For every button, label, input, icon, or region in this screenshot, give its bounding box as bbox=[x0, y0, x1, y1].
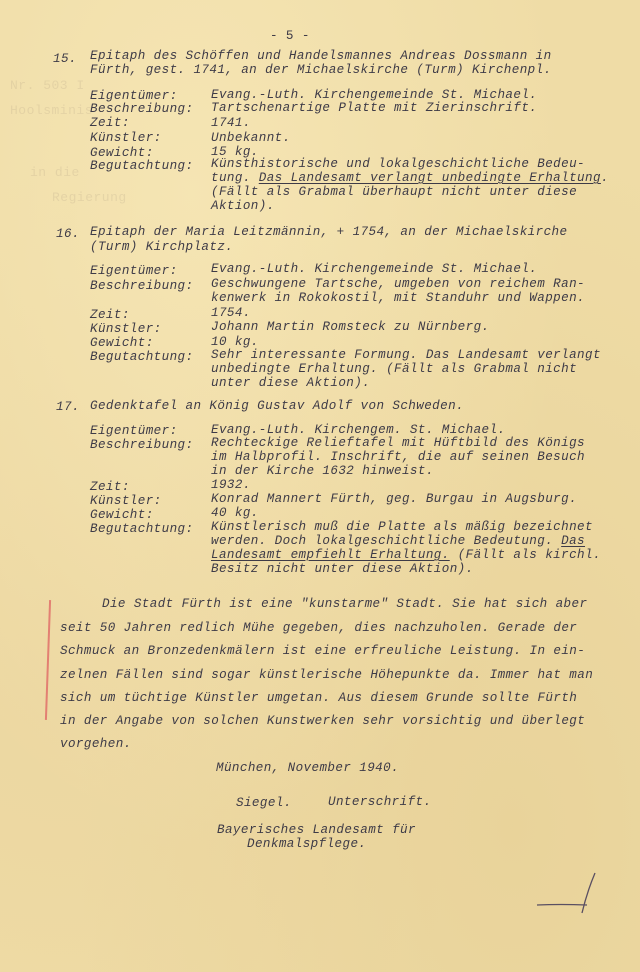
label-zeit: Zeit: bbox=[90, 309, 130, 322]
bleed-through-text: Regierung bbox=[52, 190, 127, 205]
paragraph-line: in der Angabe von solchen Kunstwerken se… bbox=[60, 715, 585, 728]
red-margin-mark bbox=[45, 600, 51, 720]
entry-title-line: Epitaph der Maria Leitzmännin, + 1754, a… bbox=[90, 226, 567, 239]
value-zeit: 1932. bbox=[211, 479, 251, 492]
label-gewicht: Gewicht: bbox=[90, 509, 154, 522]
value-begutachtung: unter diese Aktion). bbox=[211, 377, 370, 390]
label-begutachtung: Begutachtung: bbox=[90, 351, 193, 364]
seal-label: Siegel. bbox=[236, 797, 292, 810]
authority-line: Denkmalspflege. bbox=[247, 838, 366, 851]
entry-title-line: Gedenktafel an König Gustav Adolf von Sc… bbox=[90, 400, 464, 413]
place-date: München, November 1940. bbox=[216, 762, 399, 775]
underlined-demand: Das Landesamt verlangt unbedingte Erhalt… bbox=[259, 171, 601, 185]
entry-number: 16. bbox=[56, 228, 80, 241]
value-begutachtung: Künstlerisch muß die Platte als mäßig be… bbox=[211, 521, 593, 534]
value-begutachtung: tung. Das Landesamt verlangt unbedingte … bbox=[211, 172, 609, 185]
value-beschreibung: in der Kirche 1632 hinweist. bbox=[211, 465, 434, 478]
label-kuenstler: Künstler: bbox=[90, 495, 162, 508]
value-begutachtung: Künsthistorische und lokalgeschichtliche… bbox=[211, 158, 585, 171]
label-kuenstler: Künstler: bbox=[90, 132, 162, 145]
value-zeit: 1741. bbox=[211, 117, 251, 130]
paragraph-line: Die Stadt Fürth ist eine "kunstarme" Sta… bbox=[102, 598, 587, 611]
handwritten-check-mark bbox=[535, 870, 605, 915]
value-begutachtung: Besitz nicht unter diese Aktion). bbox=[211, 563, 474, 576]
value-zeit: 1754. bbox=[211, 307, 251, 320]
value-gewicht: 40 kg. bbox=[211, 507, 259, 520]
value-begutachtung: Sehr interessante Formung. Das Landesamt… bbox=[211, 349, 601, 362]
value-kuenstler: Unbekannt. bbox=[211, 132, 291, 145]
page-number: - 5 - bbox=[270, 30, 310, 43]
text-span: werden. Doch lokalgeschichtliche Bedeutu… bbox=[211, 534, 561, 548]
entry-number: 15. bbox=[53, 53, 77, 66]
value-beschreibung: im Halbprofil. Inschrift, die auf seinen… bbox=[211, 451, 585, 464]
authority-line: Bayerisches Landesamt für bbox=[217, 824, 416, 837]
label-zeit: Zeit: bbox=[90, 117, 130, 130]
entry-number: 17. bbox=[56, 401, 80, 414]
value-kuenstler: Konrad Mannert Fürth, geg. Burgau in Aug… bbox=[211, 493, 577, 506]
value-begutachtung: (Fällt als Grabmal überhaupt nicht unter… bbox=[211, 186, 577, 199]
signature-label: Unterschrift. bbox=[328, 796, 431, 809]
paragraph-line: zelnen Fällen sind sogar künstlerische H… bbox=[60, 669, 593, 682]
label-beschreibung: Beschreibung: bbox=[90, 439, 193, 452]
value-beschreibung: Tartschenartige Platte mit Zierinschrift… bbox=[211, 102, 537, 115]
text-span: (Fällt als kirchl. bbox=[450, 548, 601, 562]
value-beschreibung: Rechteckige Relieftafel mit Hüftbild des… bbox=[211, 437, 585, 450]
value-kuenstler: Johann Martin Romsteck zu Nürnberg. bbox=[211, 321, 490, 334]
entry-title-line: (Turm) Kirchplatz. bbox=[90, 241, 233, 254]
label-eigentuemer: Eigentümer: bbox=[90, 265, 178, 278]
value-beschreibung: Geschwungene Tartsche, umgeben von reich… bbox=[211, 278, 585, 291]
value-eigentuemer: Evang.-Luth. Kirchengemeinde St. Michael… bbox=[211, 263, 537, 276]
text-span: . bbox=[601, 171, 609, 185]
document-page: Nr. 503 I Hoolsminis in die Regierung - … bbox=[0, 0, 640, 972]
entry-title-line: Epitaph des Schöffen und Handelsmannes A… bbox=[90, 50, 552, 63]
value-beschreibung: kenwerk in Rokokostil, mit Standuhr und … bbox=[211, 292, 585, 305]
label-begutachtung: Begutachtung: bbox=[90, 523, 193, 536]
label-eigentuemer: Eigentümer: bbox=[90, 425, 178, 438]
entry-title-line: Fürth, gest. 1741, an der Michaelskirche… bbox=[90, 64, 552, 77]
value-begutachtung: werden. Doch lokalgeschichtliche Bedeutu… bbox=[211, 535, 585, 548]
bleed-through-text: Hoolsminis bbox=[10, 103, 93, 118]
value-begutachtung: Landesamt empfiehlt Erhaltung. (Fällt al… bbox=[211, 549, 601, 562]
label-gewicht: Gewicht: bbox=[90, 337, 154, 350]
paragraph-line: sich um tüchtige Künstler umgetan. Aus d… bbox=[60, 692, 577, 705]
label-beschreibung: Beschreibung: bbox=[90, 103, 193, 116]
value-begutachtung: Aktion). bbox=[211, 200, 275, 213]
paragraph-line: vorgehen. bbox=[60, 738, 132, 751]
text-span: tung. bbox=[211, 171, 259, 185]
underlined-recommendation: Landesamt empfiehlt Erhaltung. bbox=[211, 548, 450, 562]
paragraph-line: Schmuck an Bronzedenkmälern ist eine erf… bbox=[60, 645, 585, 658]
label-beschreibung: Beschreibung: bbox=[90, 280, 193, 293]
paragraph-line: seit 50 Jahren redlich Mühe gegeben, die… bbox=[60, 622, 577, 635]
bleed-through-text: Nr. 503 I bbox=[10, 78, 85, 93]
label-kuenstler: Künstler: bbox=[90, 323, 162, 336]
value-begutachtung: unbedingte Erhaltung. (Fällt als Grabmal… bbox=[211, 363, 577, 376]
label-begutachtung: Begutachtung: bbox=[90, 160, 193, 173]
label-zeit: Zeit: bbox=[90, 481, 130, 494]
underlined-recommendation: Das bbox=[561, 534, 585, 548]
bleed-through-text: in die bbox=[30, 165, 80, 180]
